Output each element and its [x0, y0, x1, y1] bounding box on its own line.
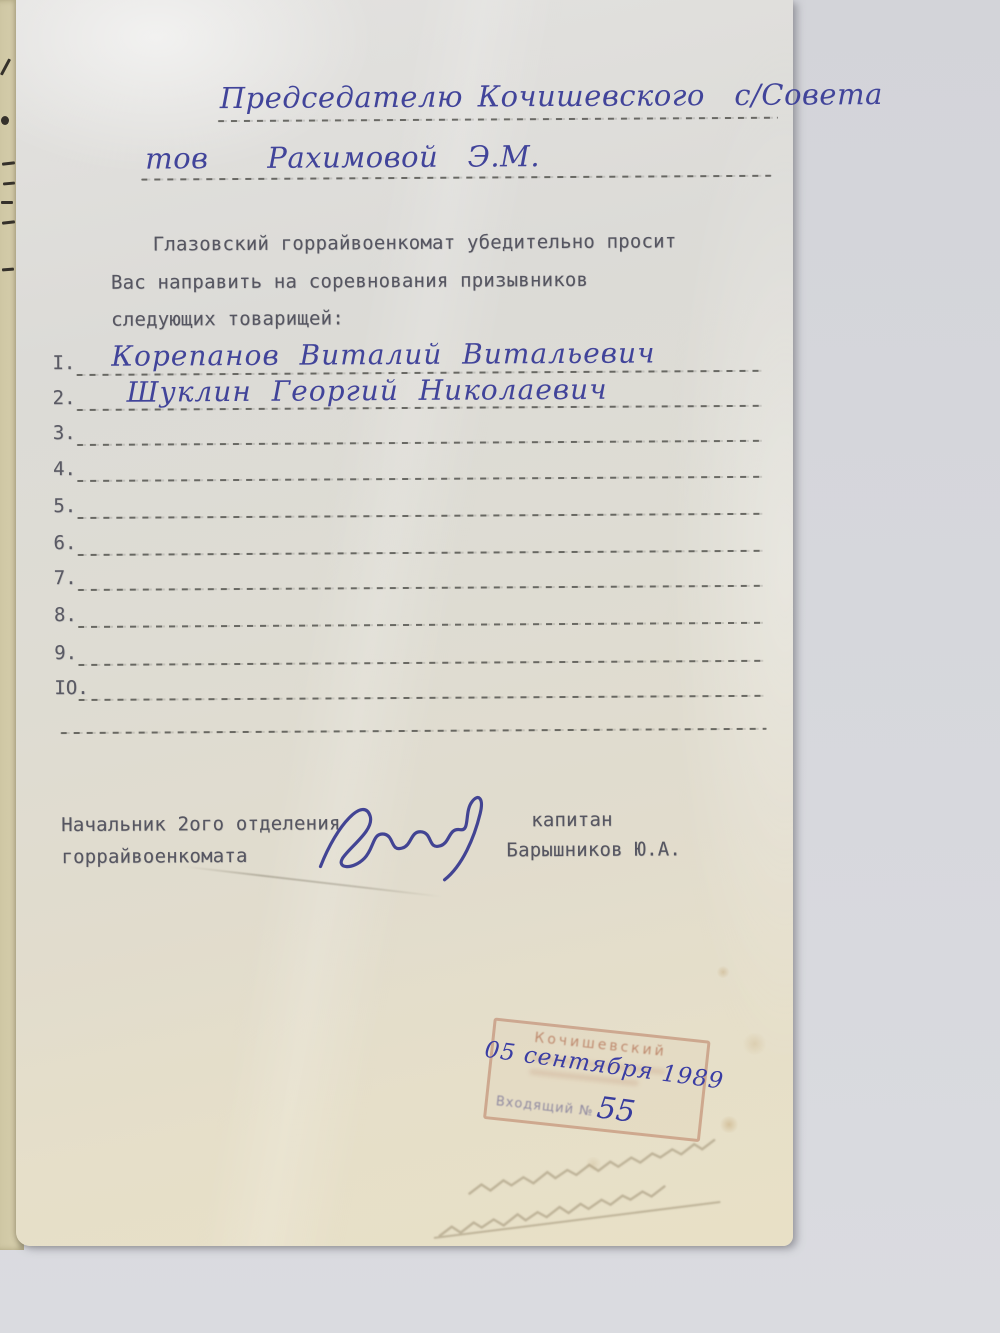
list-number: 7. — [54, 567, 77, 589]
stamp-number-handwritten: 55 — [595, 1090, 638, 1130]
signature-ink — [312, 787, 508, 893]
list-row: 7. — [54, 557, 768, 591]
addressee-line-1: Председателю Кочишевского с/Совета — [220, 77, 883, 115]
list-row: 6. — [53, 522, 767, 556]
list-row: 9. — [54, 632, 768, 666]
body-line-3: следующих товарищей: — [111, 307, 344, 330]
list-number: 4. — [53, 458, 76, 480]
ruled-line-extra — [61, 728, 767, 734]
list-number: 2. — [53, 387, 76, 409]
paper-stain — [716, 966, 730, 978]
ruled-line — [78, 585, 766, 591]
list-number: IO. — [54, 677, 88, 699]
list-number: 9. — [54, 642, 77, 664]
signer-title-line-2: горрайвоенкомата — [61, 845, 247, 868]
signer-title-line-1: Начальник 2ого отделения — [61, 812, 340, 836]
conscript-name-1: Корепанов Виталий Витальевич — [111, 336, 655, 372]
photographed-document: Председателю Кочишевского с/Совета тов Р… — [0, 0, 1000, 1333]
letter-content: Председателю Кочишевского с/Совета тов Р… — [12, 0, 797, 1248]
list-number: 8. — [54, 604, 77, 626]
addressee-line-2: тов Рахимовой Э.М. — [145, 139, 540, 175]
list-row: 5. — [53, 485, 767, 519]
list-number: 5. — [53, 495, 76, 517]
paper-stain — [742, 1033, 768, 1055]
ruled-line — [77, 513, 765, 519]
conscript-name-2: Шуклин Георгий Николаевич — [126, 373, 607, 409]
paper-stain — [584, 1157, 602, 1171]
paper-stain — [719, 1116, 739, 1133]
ink-mark — [2, 268, 14, 272]
list-number: 6. — [53, 532, 76, 554]
ruled-line — [78, 622, 766, 628]
ink-mark — [1, 116, 9, 125]
ink-mark — [0, 58, 11, 75]
list-number: 3. — [53, 422, 76, 444]
body-line-1: Глазовский горрайвоенкомат убедительно п… — [153, 230, 677, 255]
letter-sheet: Председателю Кочишевского с/Совета тов Р… — [16, 0, 793, 1246]
stamp-incoming-label: Входящий № — [495, 1094, 594, 1119]
ruled-line — [78, 660, 766, 666]
addressee-underline-1 — [218, 117, 778, 122]
list-row: IO. — [54, 667, 768, 701]
list-row: 8. — [54, 594, 768, 628]
ruled-line — [78, 695, 766, 701]
ruled-line — [78, 550, 766, 556]
ruled-line — [77, 476, 765, 482]
signer-name: Барышников Ю.А. — [506, 838, 681, 861]
ruled-line — [77, 440, 765, 446]
ink-mark — [1, 201, 13, 204]
signer-rank: капитан — [531, 809, 613, 831]
list-number: I. — [52, 352, 75, 374]
body-line-2: Вас направить на соревнования призывнико… — [111, 269, 588, 294]
list-row: 3. — [53, 412, 767, 446]
addressee-underline-2 — [141, 175, 771, 181]
list-row: 4. — [53, 448, 767, 482]
